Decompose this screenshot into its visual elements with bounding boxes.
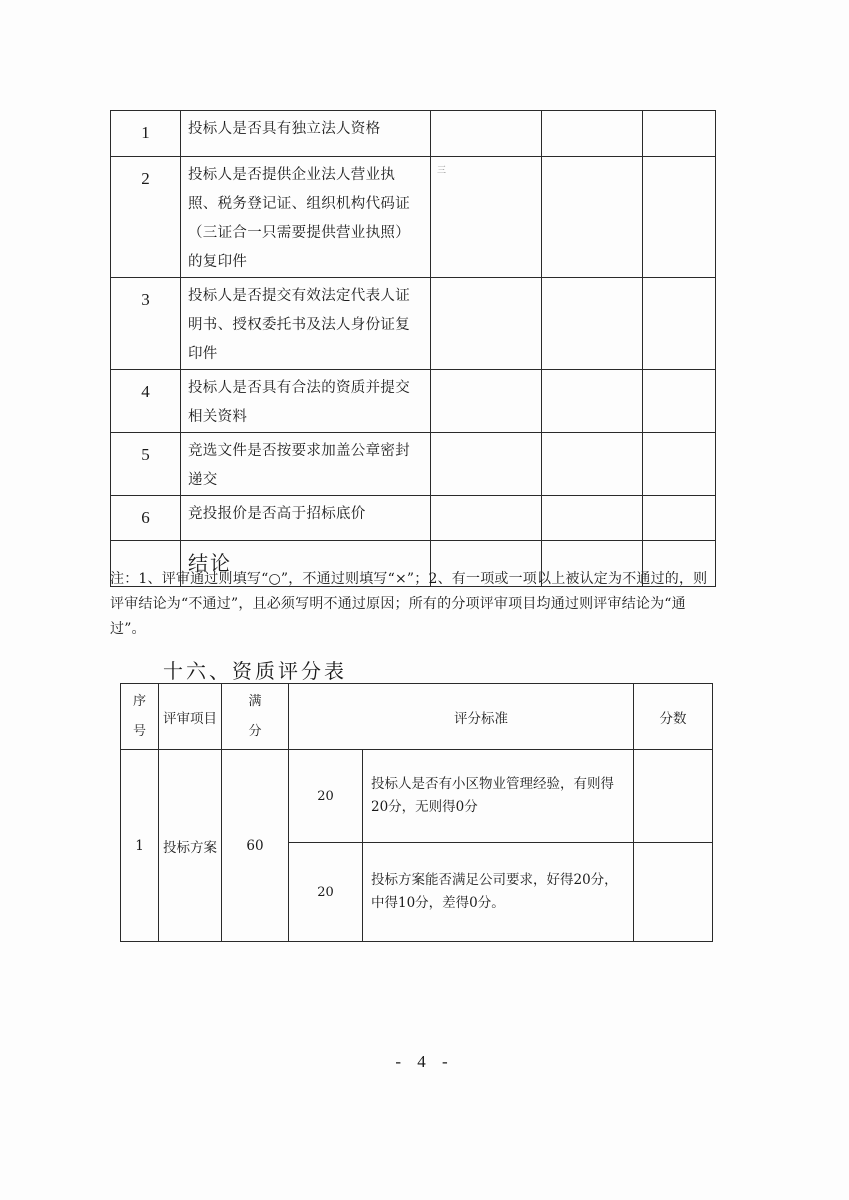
result-cell [643,111,716,157]
result-cell [542,433,643,496]
review-note: 注：1、评审通过则填写“○”，不通过则填写“×”；2、有一项或一项以上被认定为不… [110,567,720,642]
review-item: 投标人是否提供企业法人营业执照、税务登记证、组织机构代码证（三证合一只需要提供营… [181,157,431,278]
row-number: 2 [111,157,181,278]
row-number: 6 [111,496,181,541]
table-row: 5 竞选文件是否按要求加盖公章密封递交 [111,433,716,496]
table-row: 1 投标人是否具有独立法人资格 [111,111,716,157]
row-number: 1 [111,111,181,157]
result-cell [643,157,716,278]
pen-mark: 三 [437,167,541,175]
review-item: 竞选文件是否按要求加盖公章密封递交 [181,433,431,496]
section-title: 十六、资质评分表 [163,655,347,684]
result-cell [643,496,716,541]
row-number: 1 [121,750,159,942]
header-criteria-label: 评分标准 [454,711,508,727]
result-cell [542,111,643,157]
result-cell [643,278,716,370]
result-cell [643,370,716,433]
header-number-line1: 序 [121,687,158,717]
qualification-scoring-table: 序 号 评审项目 满 分 评分标准 分数 1 投标方案 60 20 投标人是否有… [120,683,713,942]
header-score: 分数 [634,684,713,750]
table-row: 1 投标方案 60 20 投标人是否有小区物业管理经验，有则得20分，无则得0分 [121,750,713,843]
result-cell [431,278,542,370]
row-number: 5 [111,433,181,496]
criteria-text: 投标人是否有小区物业管理经验，有则得20分，无则得0分 [363,750,634,843]
table-row: 2 投标人是否提供企业法人营业执照、税务登记证、组织机构代码证（三证合一只需要提… [111,157,716,278]
criteria-text: 投标方案能否满足公司要求，好得20分，中得10分，差得0分。 [363,843,634,942]
review-item: 竞投报价是否高于招标底价 [181,496,431,541]
result-cell [431,433,542,496]
result-cell [431,370,542,433]
review-item: 投标人是否提交有效法定代表人证明书、授权委托书及法人身份证复印件 [181,278,431,370]
row-number: 4 [111,370,181,433]
header-number-line2: 号 [121,717,158,747]
qualification-review-table: 1 投标人是否具有独立法人资格 2 投标人是否提供企业法人营业执照、税务登记证、… [110,110,716,587]
header-full-line2: 分 [222,717,288,747]
header-number: 序 号 [121,684,159,750]
result-cell [542,278,643,370]
table-row: 6 竞投报价是否高于招标底价 [111,496,716,541]
criteria-points: 20 [289,843,363,942]
full-score: 60 [222,750,289,942]
page-number: - 4 - [0,1052,849,1072]
header-criteria: 评分标准 [289,684,634,750]
row-number: 3 [111,278,181,370]
result-cell [431,496,542,541]
header-review-item: 评审项目 [159,684,222,750]
result-cell [542,157,643,278]
review-item: 投标人是否具有独立法人资格 [181,111,431,157]
result-cell [542,370,643,433]
header-row: 序 号 评审项目 满 分 评分标准 分数 [121,684,713,750]
score-cell [634,843,713,942]
result-cell [643,433,716,496]
table-row: 3 投标人是否提交有效法定代表人证明书、授权委托书及法人身份证复印件 [111,278,716,370]
review-item: 投标人是否具有合法的资质并提交相关资料 [181,370,431,433]
result-cell [542,496,643,541]
document-page: 1 投标人是否具有独立法人资格 2 投标人是否提供企业法人营业执照、税务登记证、… [0,0,849,1200]
header-full-score: 满 分 [222,684,289,750]
score-cell [634,750,713,843]
result-cell: 三 [431,157,542,278]
result-cell [431,111,542,157]
table-row: 4 投标人是否具有合法的资质并提交相关资料 [111,370,716,433]
criteria-points: 20 [289,750,363,843]
review-item: 投标方案 [159,750,222,942]
header-full-line1: 满 [222,687,288,717]
